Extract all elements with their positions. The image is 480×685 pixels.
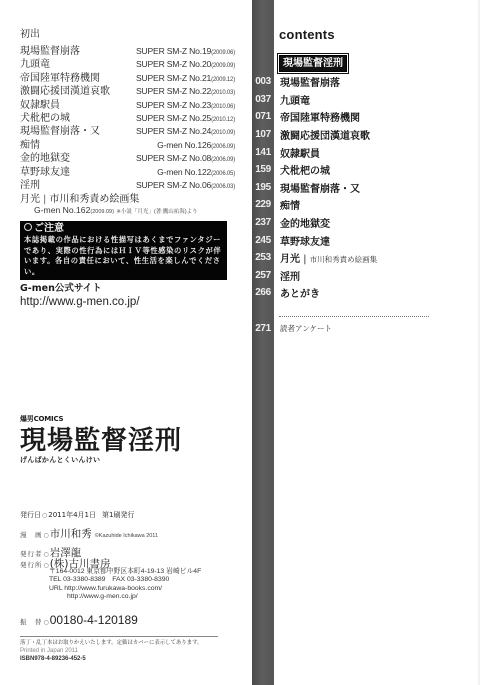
chapter-title: 読者アンケート bbox=[280, 323, 332, 334]
page-number: 159 bbox=[252, 164, 274, 175]
chapter-title: 激闘応援団漢道哀歌 bbox=[280, 127, 370, 142]
first-publication-row: 痴情 G-men No.126(2006.09) bbox=[20, 136, 235, 149]
contents-item[interactable]: 266あとがき bbox=[252, 284, 480, 302]
first-publication-row: 激闘応援団漢道哀歌 SUPER SM-Z No.22(2010.03) bbox=[20, 82, 235, 95]
first-publication-row: 現場監督崩落 SUPER SM-Z No.19(2009.06) bbox=[20, 42, 235, 55]
copyright-notice: ©Kazuhide Ichikawa 2011 bbox=[95, 533, 158, 539]
story-source: SUPER SM-Z No.24(2010.09) bbox=[136, 126, 235, 136]
page-number: 071 bbox=[252, 111, 274, 122]
chapter-title: 痴情 bbox=[280, 197, 300, 212]
first-publication-row: 奴隷駅員 SUPER SM-Z No.23(2010.06) bbox=[20, 96, 235, 109]
replacement-notice: 落丁・乱丁本はお取りかえいたします。定価はカバーに表示してあります。 bbox=[20, 639, 202, 647]
pipe-divider: | bbox=[303, 254, 307, 265]
chapter-title: 草野球友達 bbox=[280, 233, 330, 248]
page-number: 253 bbox=[252, 252, 274, 263]
imprint-header: 爆男COMICS 現場監督淫刑 げんばかんとくいんけい bbox=[20, 414, 240, 465]
contents-item[interactable]: 253月光|市川和秀責め絵画集 bbox=[252, 249, 480, 267]
page-number: 229 bbox=[252, 199, 274, 210]
first-publication-row: 金的地獄変 SUPER SM-Z No.08(2006.09) bbox=[20, 149, 235, 162]
story-source: SUPER SM-Z No.06(2006.03) bbox=[136, 180, 235, 190]
story-title: 淫刑 bbox=[20, 176, 40, 191]
caution-notice-body: 本誌掲載の作品における性描写はあくまでファンタジーであり、実際の性行為にはＨＩＶ… bbox=[24, 235, 224, 277]
giro-account-number: 00180-4-120189 bbox=[50, 613, 138, 627]
circle-bullet-icon bbox=[24, 223, 32, 231]
contents-item[interactable]: 237金的地獄変 bbox=[252, 214, 480, 232]
page-number: 107 bbox=[252, 129, 274, 140]
contents-item[interactable]: 141奴隷駅員 bbox=[252, 143, 480, 161]
chapter-title: 現場監督崩落 bbox=[280, 74, 340, 89]
chapter-title: 金的地獄変 bbox=[280, 215, 330, 230]
author-name: 市川和秀 bbox=[50, 526, 92, 541]
page-number: 271 bbox=[252, 323, 274, 334]
chapter-title: 奴隷駅員 bbox=[280, 145, 320, 160]
chapter-title: 現場監督崩落・又 bbox=[280, 180, 360, 195]
story-source: SUPER SM-Z No.22(2010.03) bbox=[136, 86, 235, 96]
first-publication-list: 初出 現場監督崩落 SUPER SM-Z No.19(2009.06) 九頭竜 … bbox=[20, 28, 235, 215]
colophon-footer: 落丁・乱丁本はお取りかえいたします。定価はカバーに表示してあります。 Print… bbox=[20, 639, 202, 663]
first-publication-row: 九頭竜 SUPER SM-Z No.20(2009.09) bbox=[20, 55, 235, 68]
first-publication-artbook-title: 月光|市川和秀責め絵画集 bbox=[20, 190, 235, 205]
isbn: ISBN978-4-89236-452-5 bbox=[20, 655, 202, 663]
book-title: 現場監督淫刑 bbox=[20, 426, 240, 456]
caution-notice-box: ご注意 本誌掲載の作品における性描写はあくまでファンタジーであり、実際の性行為に… bbox=[20, 221, 227, 280]
chapter-title: 淫刑 bbox=[280, 268, 300, 283]
gmen-url[interactable]: http://www.g-men.co.jp/ bbox=[49, 593, 201, 601]
pipe-divider: | bbox=[43, 194, 46, 205]
official-site-block: G-men公式サイト http://www.g-men.co.jp/ bbox=[20, 283, 140, 309]
story-source: SUPER SM-Z No.08(2006.09) bbox=[136, 153, 235, 163]
first-publication-row: 犬枇杷の城 SUPER SM-Z No.25(2010.12) bbox=[20, 109, 235, 122]
chapter-title: 帝国陸軍特務機関 bbox=[280, 109, 360, 124]
contents-item[interactable]: 037九頭竜 bbox=[252, 91, 480, 109]
publisher-url[interactable]: URL http://www.furukawa-books.com/ bbox=[49, 585, 201, 593]
first-publication-heading: 初出 bbox=[20, 28, 235, 41]
page-number: 237 bbox=[252, 217, 274, 228]
contents-list: 003現場監督崩落 037九頭竜 071帝国陸軍特務機関 107激闘応援団漢道哀… bbox=[252, 73, 480, 302]
page-number: 257 bbox=[252, 270, 274, 281]
official-site-label: G-men公式サイト bbox=[20, 283, 140, 295]
publication-date: 発行日○2011年4月1日第1刷発行 bbox=[20, 510, 134, 520]
page-number: 245 bbox=[252, 235, 274, 246]
contents-heading: contents bbox=[279, 27, 335, 42]
contents-item[interactable]: 159犬枇杷の城 bbox=[252, 161, 480, 179]
first-publication-row: 帝国陸軍特務機関 SUPER SM-Z No.21(2009.12) bbox=[20, 69, 235, 82]
chapter-title: 犬枇杷の城 bbox=[280, 162, 330, 177]
book-title-reading: げんばかんとくいんけい bbox=[20, 455, 240, 465]
official-site-url[interactable]: http://www.g-men.co.jp/ bbox=[20, 295, 140, 309]
chapter-title: 月光|市川和秀責め絵画集 bbox=[280, 250, 377, 265]
contents-dotted-divider bbox=[279, 316, 429, 317]
contents-item[interactable]: 107激闘応援団漢道哀歌 bbox=[252, 126, 480, 144]
contents-item[interactable]: 245草野球友達 bbox=[252, 231, 480, 249]
contents-item-survey[interactable]: 271 読者アンケート bbox=[252, 320, 332, 337]
publisher-address: 〒164-0012 東京都中野区本町4-19-13 岩崎ビル4F TEL 03-… bbox=[49, 568, 201, 602]
story-source: G-men No.122(2006.05) bbox=[157, 167, 235, 177]
page-number: 266 bbox=[252, 287, 274, 298]
chapter-title: あとがき bbox=[280, 285, 320, 300]
story-source: SUPER SM-Z No.20(2009.09) bbox=[136, 59, 235, 69]
contents-item[interactable]: 003現場監督崩落 bbox=[252, 73, 480, 91]
contents-item[interactable]: 229痴情 bbox=[252, 196, 480, 214]
page-number: 195 bbox=[252, 182, 274, 193]
address-line: 〒164-0012 東京都中野区本町4-19-13 岩崎ビル4F bbox=[49, 568, 201, 576]
first-publication-row: 現場監督崩落・又 SUPER SM-Z No.24(2010.09) bbox=[20, 122, 235, 135]
imprint-label: 爆男COMICS bbox=[20, 414, 240, 424]
story-source: G-men No.126(2006.09) bbox=[157, 140, 235, 150]
story-source: SUPER SM-Z No.25(2010.12) bbox=[136, 113, 235, 123]
page-number: 141 bbox=[252, 147, 274, 158]
first-publication-row: 草野球友達 G-men No.122(2006.05) bbox=[20, 163, 235, 176]
story-source: SUPER SM-Z No.23(2010.06) bbox=[136, 100, 235, 110]
printed-in: Printed in Japan 2011 bbox=[20, 647, 202, 655]
contents-main-title: 現場監督淫刑 bbox=[279, 55, 347, 72]
story-source: SUPER SM-Z No.21(2009.12) bbox=[136, 73, 235, 83]
page-number: 003 bbox=[252, 76, 274, 87]
story-source: SUPER SM-Z No.19(2009.06) bbox=[136, 46, 235, 56]
giro-account-line: 振 替○00180-4-120189 bbox=[20, 613, 138, 627]
footer-divider bbox=[20, 636, 218, 637]
page-number: 037 bbox=[252, 94, 274, 105]
contents-item[interactable]: 257淫刑 bbox=[252, 267, 480, 285]
chapter-title: 九頭竜 bbox=[280, 92, 310, 107]
phone-fax-line: TEL 03-3380-8389 FAX 03-3380-8390 bbox=[49, 576, 201, 584]
caution-notice-title: ご注意 bbox=[24, 223, 224, 235]
chapter-subtitle: 市川和秀責め絵画集 bbox=[310, 255, 378, 264]
contents-item[interactable]: 195現場監督崩落・又 bbox=[252, 179, 480, 197]
first-publication-row: 淫刑 SUPER SM-Z No.06(2006.03) bbox=[20, 176, 235, 189]
author-line: 漫 画○市川和秀©Kazuhide Ichikawa 2011 bbox=[20, 526, 158, 541]
contents-item[interactable]: 071帝国陸軍特務機関 bbox=[252, 108, 480, 126]
first-publication-artbook-source: G-men No.162(2009.09) ※小説「月光」(著:鷹山祐海)より bbox=[20, 205, 235, 215]
